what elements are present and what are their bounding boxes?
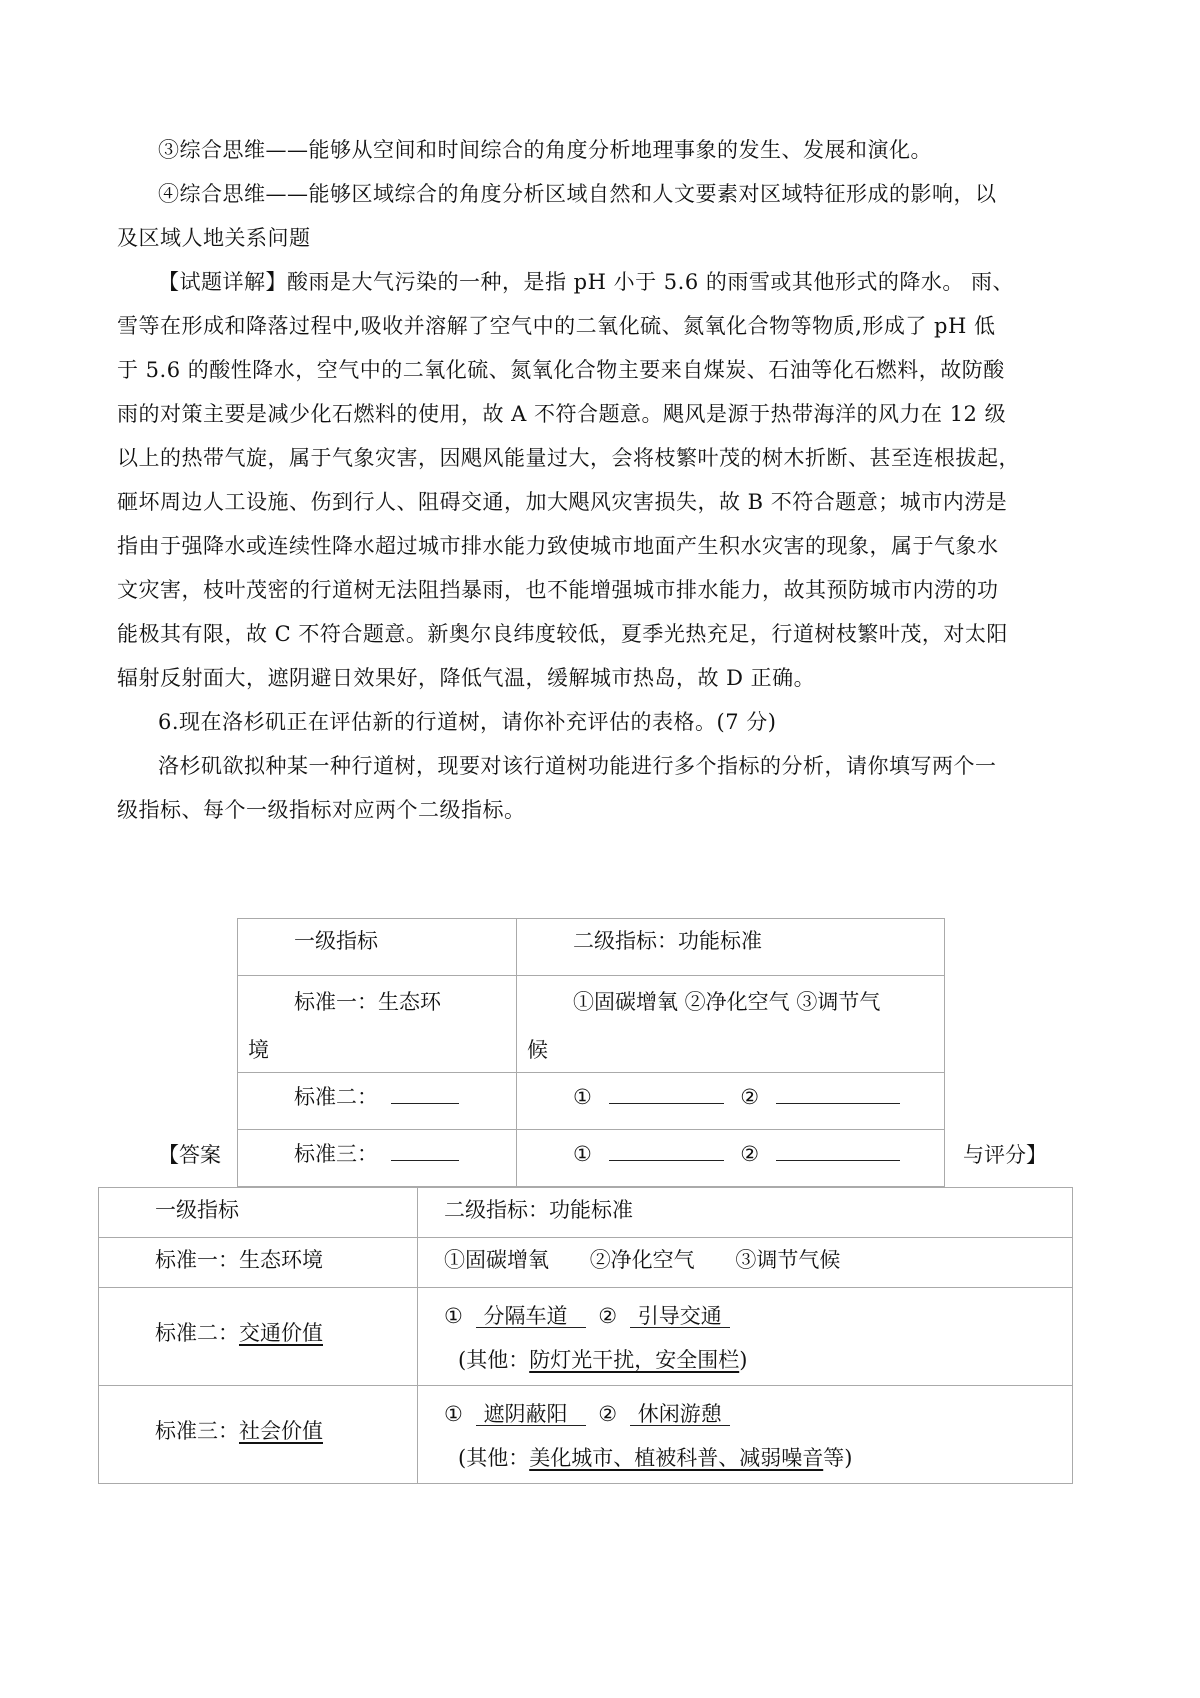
item-blank-1[interactable] [609, 1083, 724, 1104]
level1-label: 标准二： [294, 1085, 378, 1109]
explanation-line: 指由于强降水或连续性降水超过城市排水能力致使城市地面产生积水灾害的现象，属于气象… [117, 534, 1097, 558]
table-row: 标准一：生态环境 ①固碳增氧 ②净化空气 ③调节气候 [99, 1238, 1073, 1288]
level1-cell: 标准二： [238, 1073, 517, 1130]
level2-cell: ① ② [517, 1073, 945, 1130]
level1-text: 标准一：生态环境 [155, 1248, 323, 1272]
table-header-row: 一级指标 二级指标：功能标准 [99, 1188, 1073, 1238]
level2-text-line2: 候 [517, 1038, 944, 1062]
answer-table: 一级指标 二级指标：功能标准 标准一：生态环境 ①固碳增氧 ②净化空气 ③调节气… [98, 1187, 1073, 1484]
header-level2-label: 二级指标：功能标准 [444, 1198, 633, 1222]
item-blank-2[interactable] [776, 1140, 900, 1161]
explanation-line: 雪等在形成和降落过程中,吸收并溶解了空气中的二氧化硫、氮氧化合物等物质,形成了 … [117, 314, 1097, 338]
table-row: 标准一：生态环 境 ①固碳增氧 ②净化空气 ③调节气 候 [238, 976, 945, 1073]
item-mark-1: ① [573, 1085, 592, 1109]
answer-items-line: ① 分隔车道 ② 引导交通 [444, 1294, 1072, 1338]
level1-blank[interactable] [391, 1083, 459, 1104]
table-row: 标准三：社会价值 ① 遮阴蔽阳 ② 休闲游憩 (其他：美化城市、植被科普、减弱噪… [99, 1386, 1073, 1484]
level2-item: ②净化空气 [590, 1248, 695, 1272]
answer-item-2: 引导交通 [630, 1305, 730, 1328]
header-level1: 一级指标 [238, 919, 517, 976]
item-mark-2: ② [740, 1142, 759, 1166]
other-prefix: (其他： [458, 1446, 529, 1470]
item-mark-1: ① [573, 1142, 592, 1166]
level2-item: ③调节气候 [735, 1248, 840, 1272]
answer-item-2: 休闲游憩 [630, 1403, 730, 1426]
question-6-description-line1: 洛杉矶欲拟种某一种行道树，现要对该行道树功能进行多个指标的分析，请你填写两个一 [158, 754, 1138, 778]
header-level2: 二级指标：功能标准 [517, 919, 945, 976]
paragraph-thinking-4-line1: ④综合思维——能够区域综合的角度分析区域自然和人文要素对区域特征形成的影响，以 [158, 182, 1138, 206]
header-level2-label: 二级指标：功能标准 [573, 929, 762, 953]
table-row: 标准二：交通价值 ① 分隔车道 ② 引导交通 (其他：防灯光干扰，安全围栏) [99, 1288, 1073, 1386]
question-6-title: 6.现在洛杉矶正在评估新的行道树，请你补充评估的表格。(7 分) [158, 710, 1138, 734]
answer-items-line: ① 遮阴蔽阳 ② 休闲游憩 [444, 1392, 1072, 1436]
level2-cell: ① 遮阴蔽阳 ② 休闲游憩 (其他：美化城市、植被科普、减弱噪音等) [418, 1386, 1073, 1484]
item-mark-2: ② [740, 1085, 759, 1109]
question-table: 一级指标 二级指标：功能标准 标准一：生态环 境 ①固碳增氧 ②净化空气 ③调节… [237, 918, 945, 1187]
level1-cell: 标准三：社会价值 [99, 1386, 418, 1484]
table-row: 标准二： ① ② [238, 1073, 945, 1130]
level2-text-line1: ①固碳增氧 ②净化空气 ③调节气 [517, 990, 944, 1014]
level1-blank[interactable] [391, 1140, 459, 1161]
level1-text-line2: 境 [238, 1038, 516, 1062]
other-answers-line: (其他：美化城市、植被科普、减弱噪音等) [444, 1436, 1072, 1480]
level1-cell: 标准三： [238, 1130, 517, 1187]
header-level1-label: 一级指标 [155, 1198, 239, 1222]
header-level2: 二级指标：功能标准 [418, 1188, 1073, 1238]
explanation-line: 能极其有限，故 C 不符合题意。新奥尔良纬度较低，夏季光热充足，行道树枝繁叶茂，… [117, 622, 1097, 646]
other-suffix: 等) [823, 1446, 852, 1470]
level1-cell: 标准二：交通价值 [99, 1288, 418, 1386]
level1-text-line1: 标准一：生态环 [238, 990, 516, 1014]
other-suffix: ) [739, 1348, 747, 1372]
explanation-line: 于 5.6 的酸性降水，空气中的二氧化硫、氮氧化合物主要来自煤炭、石油等化石燃料… [117, 358, 1097, 382]
other-answer: 美化城市、植被科普、减弱噪音 [529, 1446, 823, 1470]
level2-cell: ①固碳增氧 ②净化空气 ③调节气候 [418, 1238, 1073, 1288]
answer-label-right: 与评分】 [963, 1143, 1047, 1167]
paragraph-thinking-3: ③综合思维——能够从空间和时间综合的角度分析地理事象的发生、发展和演化。 [158, 138, 1138, 162]
other-answers-line: (其他：防灯光干扰，安全围栏) [444, 1338, 1072, 1382]
level2-item: ①固碳增氧 [444, 1248, 549, 1272]
explanation-line: 以上的热带气旋，属于气象灾害，因飓风能量过大，会将枝繁叶茂的树木折断、甚至连根拔… [117, 446, 1097, 470]
item-blank-1[interactable] [609, 1140, 724, 1161]
item-mark-2: ② [598, 1304, 617, 1328]
explanation-line: 辐射反射面大，遮阴避日效果好，降低气温，缓解城市热岛，故 D 正确。 [117, 666, 1097, 690]
table-header-row: 一级指标 二级指标：功能标准 [238, 919, 945, 976]
explanation-line: 文灾害，枝叶茂密的行道树无法阻挡暴雨，也不能增强城市排水能力，故其预防城市内涝的… [117, 578, 1097, 602]
level1-answer: 社会价值 [239, 1419, 323, 1443]
paragraph-thinking-4-line2: 及区域人地关系问题 [117, 226, 1097, 250]
level1-cell: 标准一：生态环境 [99, 1238, 418, 1288]
question-6-description-line2: 级指标、每个一级指标对应两个二级指标。 [117, 798, 1097, 822]
level2-cell: ① ② [517, 1130, 945, 1187]
level2-cell: ①固碳增氧 ②净化空气 ③调节气 候 [517, 976, 945, 1073]
level1-prefix: 标准二： [155, 1321, 239, 1345]
header-level1-label: 一级指标 [294, 929, 378, 953]
item-mark-1: ① [444, 1402, 463, 1426]
explanation-line: 雨的对策主要是减少化石燃料的使用，故 A 不符合题意。飓风是源于热带海洋的风力在… [117, 402, 1097, 426]
other-prefix: (其他： [458, 1348, 529, 1372]
answer-item-1: 遮阴蔽阳 [476, 1403, 586, 1426]
table-row: 标准三： ① ② [238, 1130, 945, 1187]
level1-cell: 标准一：生态环 境 [238, 976, 517, 1073]
answer-label-left: 【答案 [158, 1143, 221, 1167]
other-answer: 防灯光干扰，安全围栏 [529, 1348, 739, 1372]
item-blank-2[interactable] [776, 1083, 900, 1104]
header-level1: 一级指标 [99, 1188, 418, 1238]
item-mark-2: ② [598, 1402, 617, 1426]
answer-item-1: 分隔车道 [476, 1305, 586, 1328]
explanation-line: 【试题详解】酸雨是大气污染的一种，是指 pH 小于 5.6 的雨雪或其他形式的降… [158, 270, 1138, 294]
item-mark-1: ① [444, 1304, 463, 1328]
level1-answer: 交通价值 [239, 1321, 323, 1345]
level1-prefix: 标准三： [155, 1419, 239, 1443]
level1-label: 标准三： [294, 1142, 378, 1166]
level2-cell: ① 分隔车道 ② 引导交通 (其他：防灯光干扰，安全围栏) [418, 1288, 1073, 1386]
explanation-line: 砸坏周边人工设施、伤到行人、阻碍交通，加大飓风灾害损失，故 B 不符合题意；城市… [117, 490, 1097, 514]
